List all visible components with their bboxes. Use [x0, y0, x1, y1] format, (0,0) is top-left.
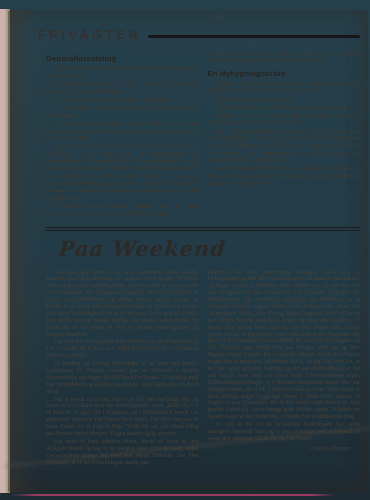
- paragraph: Paa Byggebeddingerne er man i fuld Gang …: [208, 129, 361, 166]
- paragraph: Værftet har afsluttet Kontrakt om Bygnin…: [208, 81, 361, 96]
- paragraph: Før vi havde set os om, var vi pr. Bil f…: [46, 397, 199, 438]
- book-photo: 26 FRIVAGTEN Generalforsamling Tirsdag d…: [0, 0, 370, 500]
- paragraph: Specifikationerne over Skibet findes anf…: [208, 105, 361, 112]
- paragraph: Formanden udtalte derhos Haabet om, at d…: [46, 204, 199, 219]
- double-rule-divider: [46, 227, 360, 231]
- article-weekend: Naar man gør Tjeneste i et af J. Lauritz…: [38, 270, 360, 468]
- paragraph: Saa snart vi kom udenfor Huset, havde vi…: [46, 439, 199, 467]
- masthead: FRIVAGTEN: [38, 28, 360, 42]
- paragraph-continuation: projekterede Forbedringer maatte betinge…: [208, 51, 361, 66]
- article-news: Generalforsamling Tirsdag den 21. Marts …: [38, 51, 360, 220]
- paragraph: Naar man gør Tjeneste i et af J. Lauritz…: [46, 270, 199, 339]
- paragraph: Vi modtog en Fredag Indbydelse til at væ…: [46, 361, 199, 395]
- paragraph: Vi ved, at der for de forskellige Rederi…: [208, 422, 361, 443]
- weekend-right-column: Fisketur. Det blev enstemmigt vedtaget, …: [208, 270, 361, 468]
- paragraph: Under „Eventuelt“ gav Formanden Udtryk f…: [46, 144, 199, 203]
- section-heading-nybygningsordre: En Nybygningsordre: [208, 69, 361, 78]
- masthead-title: FRIVAGTEN: [38, 28, 141, 42]
- paragraph: Landarbejdsafdelingen har nu genoptaget …: [208, 166, 361, 188]
- news-left-column: Generalforsamling Tirsdag den 21. Marts …: [46, 51, 199, 220]
- paragraph: Overretssagfører Michelsen valgtes til D…: [46, 98, 199, 105]
- paragraph: Til Bestyrelsen genvalgtes Konsul Faber,…: [46, 121, 199, 143]
- bottom-accent-line: [10, 494, 336, 496]
- paragraph-continuation: Fisketur. Det blev enstemmigt vedtaget, …: [208, 270, 361, 422]
- paragraph: Tirsdag den 21. Marts afholdtes Generalf…: [46, 66, 199, 81]
- masthead-rule: [148, 35, 360, 39]
- weekend-left-column: Naar man gør Tjeneste i et af J. Lauritz…: [46, 270, 199, 468]
- section-heading-generalforsamling: Generalforsamling: [46, 54, 199, 63]
- article-title-paa-weekend: Paa Weekend: [58, 236, 227, 261]
- page-number: 26: [38, 14, 360, 22]
- news-right-column: projekterede Forbedringer maatte betinge…: [208, 51, 361, 220]
- paragraph: Der blev givet enstemmig Decharge for Re…: [46, 106, 199, 121]
- paragraph: Jeg vil i det efterfølgende kort fortæll…: [46, 339, 199, 360]
- article-signature: Fire fra Maasen: [208, 446, 361, 453]
- paragraph: Skibet vil faa Byggenummer 87.: [208, 97, 361, 104]
- page-content: 26 FRIVAGTEN Generalforsamling Tirsdag d…: [38, 14, 360, 467]
- paragraph: Formanden, Skibsreder Knud Lauritzen, bø…: [46, 82, 199, 97]
- magazine-page: 26 FRIVAGTEN Generalforsamling Tirsdag d…: [8, 10, 368, 492]
- paragraph: Iøvrigt er Værftet for Tiden stærkt besk…: [208, 113, 361, 128]
